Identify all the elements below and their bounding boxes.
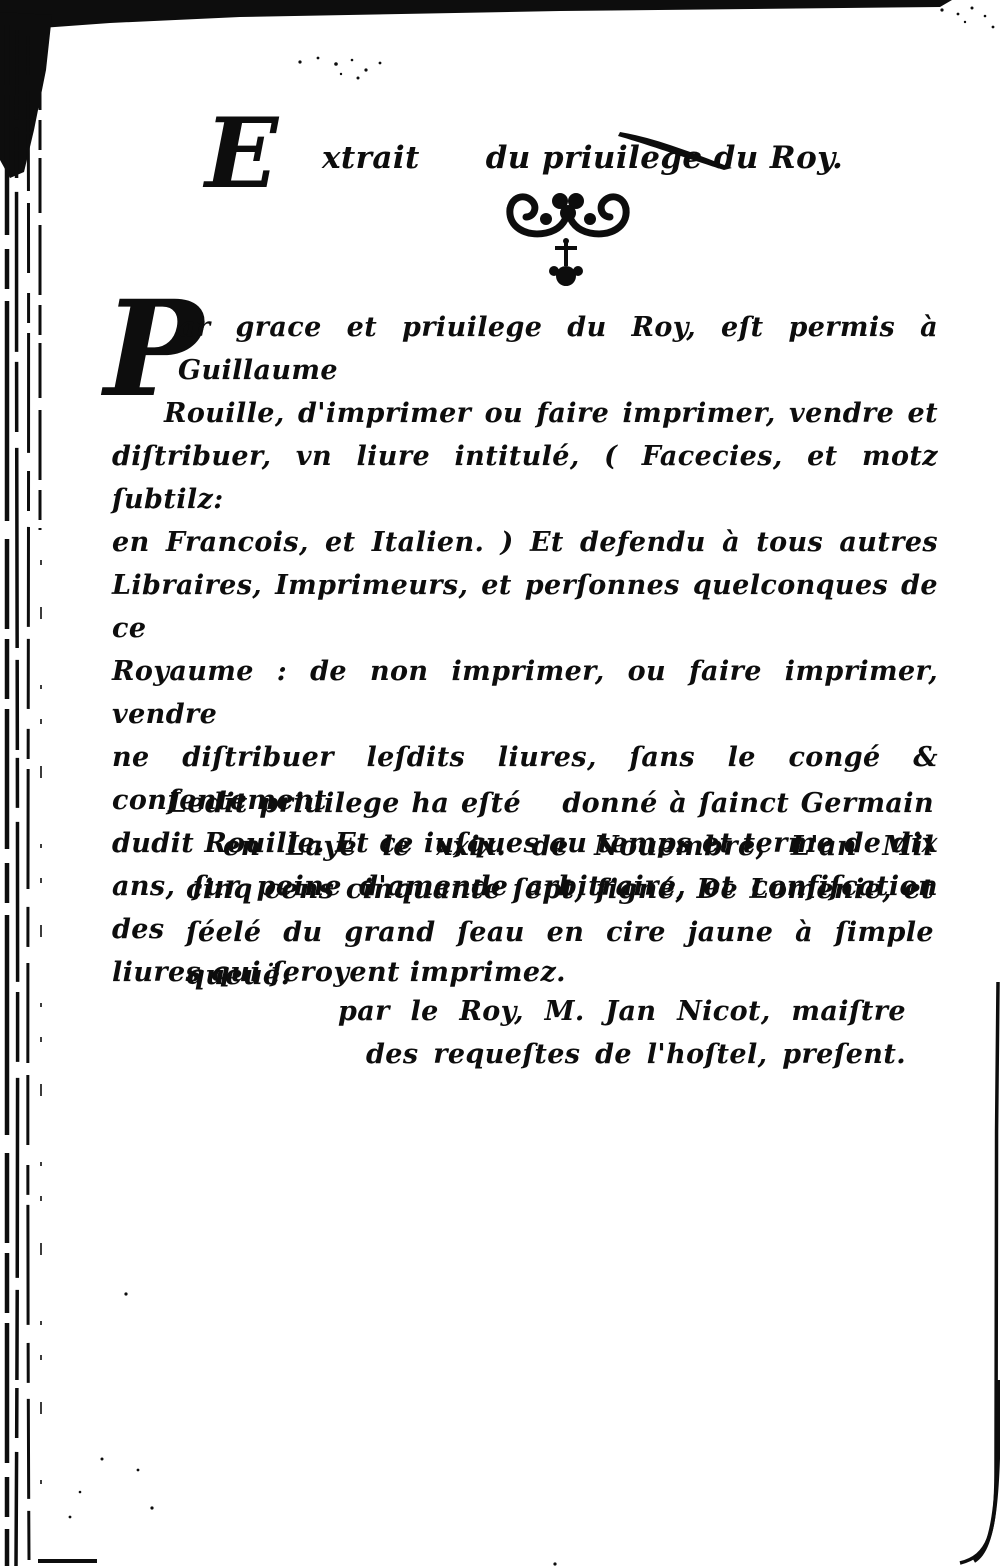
text-line: ar grace et priuilege du Roy, eſt permis… [178, 306, 938, 392]
floral-cross-device-icon [546, 238, 586, 290]
scanned-page: E xtrait du priuilege du Roy. P ar [0, 0, 1000, 1566]
text-line: ſéelé du grand ſeau en cire jaune à ſimp… [186, 911, 934, 997]
heading-drop-initial: E [205, 106, 279, 202]
text-line: en Laye le xxix. de Nouembre, L'an Mil [223, 825, 934, 868]
heading-word: xtrait [322, 140, 420, 176]
text-line: cinq cens cinquante ſept, ſigné, De Lome… [186, 868, 934, 911]
text-line: en Francois, et Italien. ) Et defendu à … [112, 521, 938, 564]
grant-date-paragraph: Ledit priuilege ha eſté donné à ſainct G… [168, 782, 934, 997]
text-line: Libraires, Imprimeurs, et perſonnes quel… [112, 564, 938, 650]
attestation-paragraph: par le Roy, M. Jan Nicot, maiſtre des re… [338, 990, 906, 1076]
text-line: Ledit priuilege ha eſté donné à ſainct G… [168, 782, 934, 825]
text-line: par le Roy, M. Jan Nicot, maiſtre [338, 990, 906, 1033]
text-line: Royaume : de non imprimer, ou faire impr… [112, 650, 938, 736]
text-line: Rouille, d'imprimer ou faire imprimer, v… [164, 392, 938, 435]
text-line: des requeſtes de l'hoſtel, preſent. [366, 1033, 906, 1076]
swash-stroke-icon [616, 128, 736, 174]
text-line: diſtribuer, vn liure intitulé, ( Facecie… [112, 435, 938, 521]
